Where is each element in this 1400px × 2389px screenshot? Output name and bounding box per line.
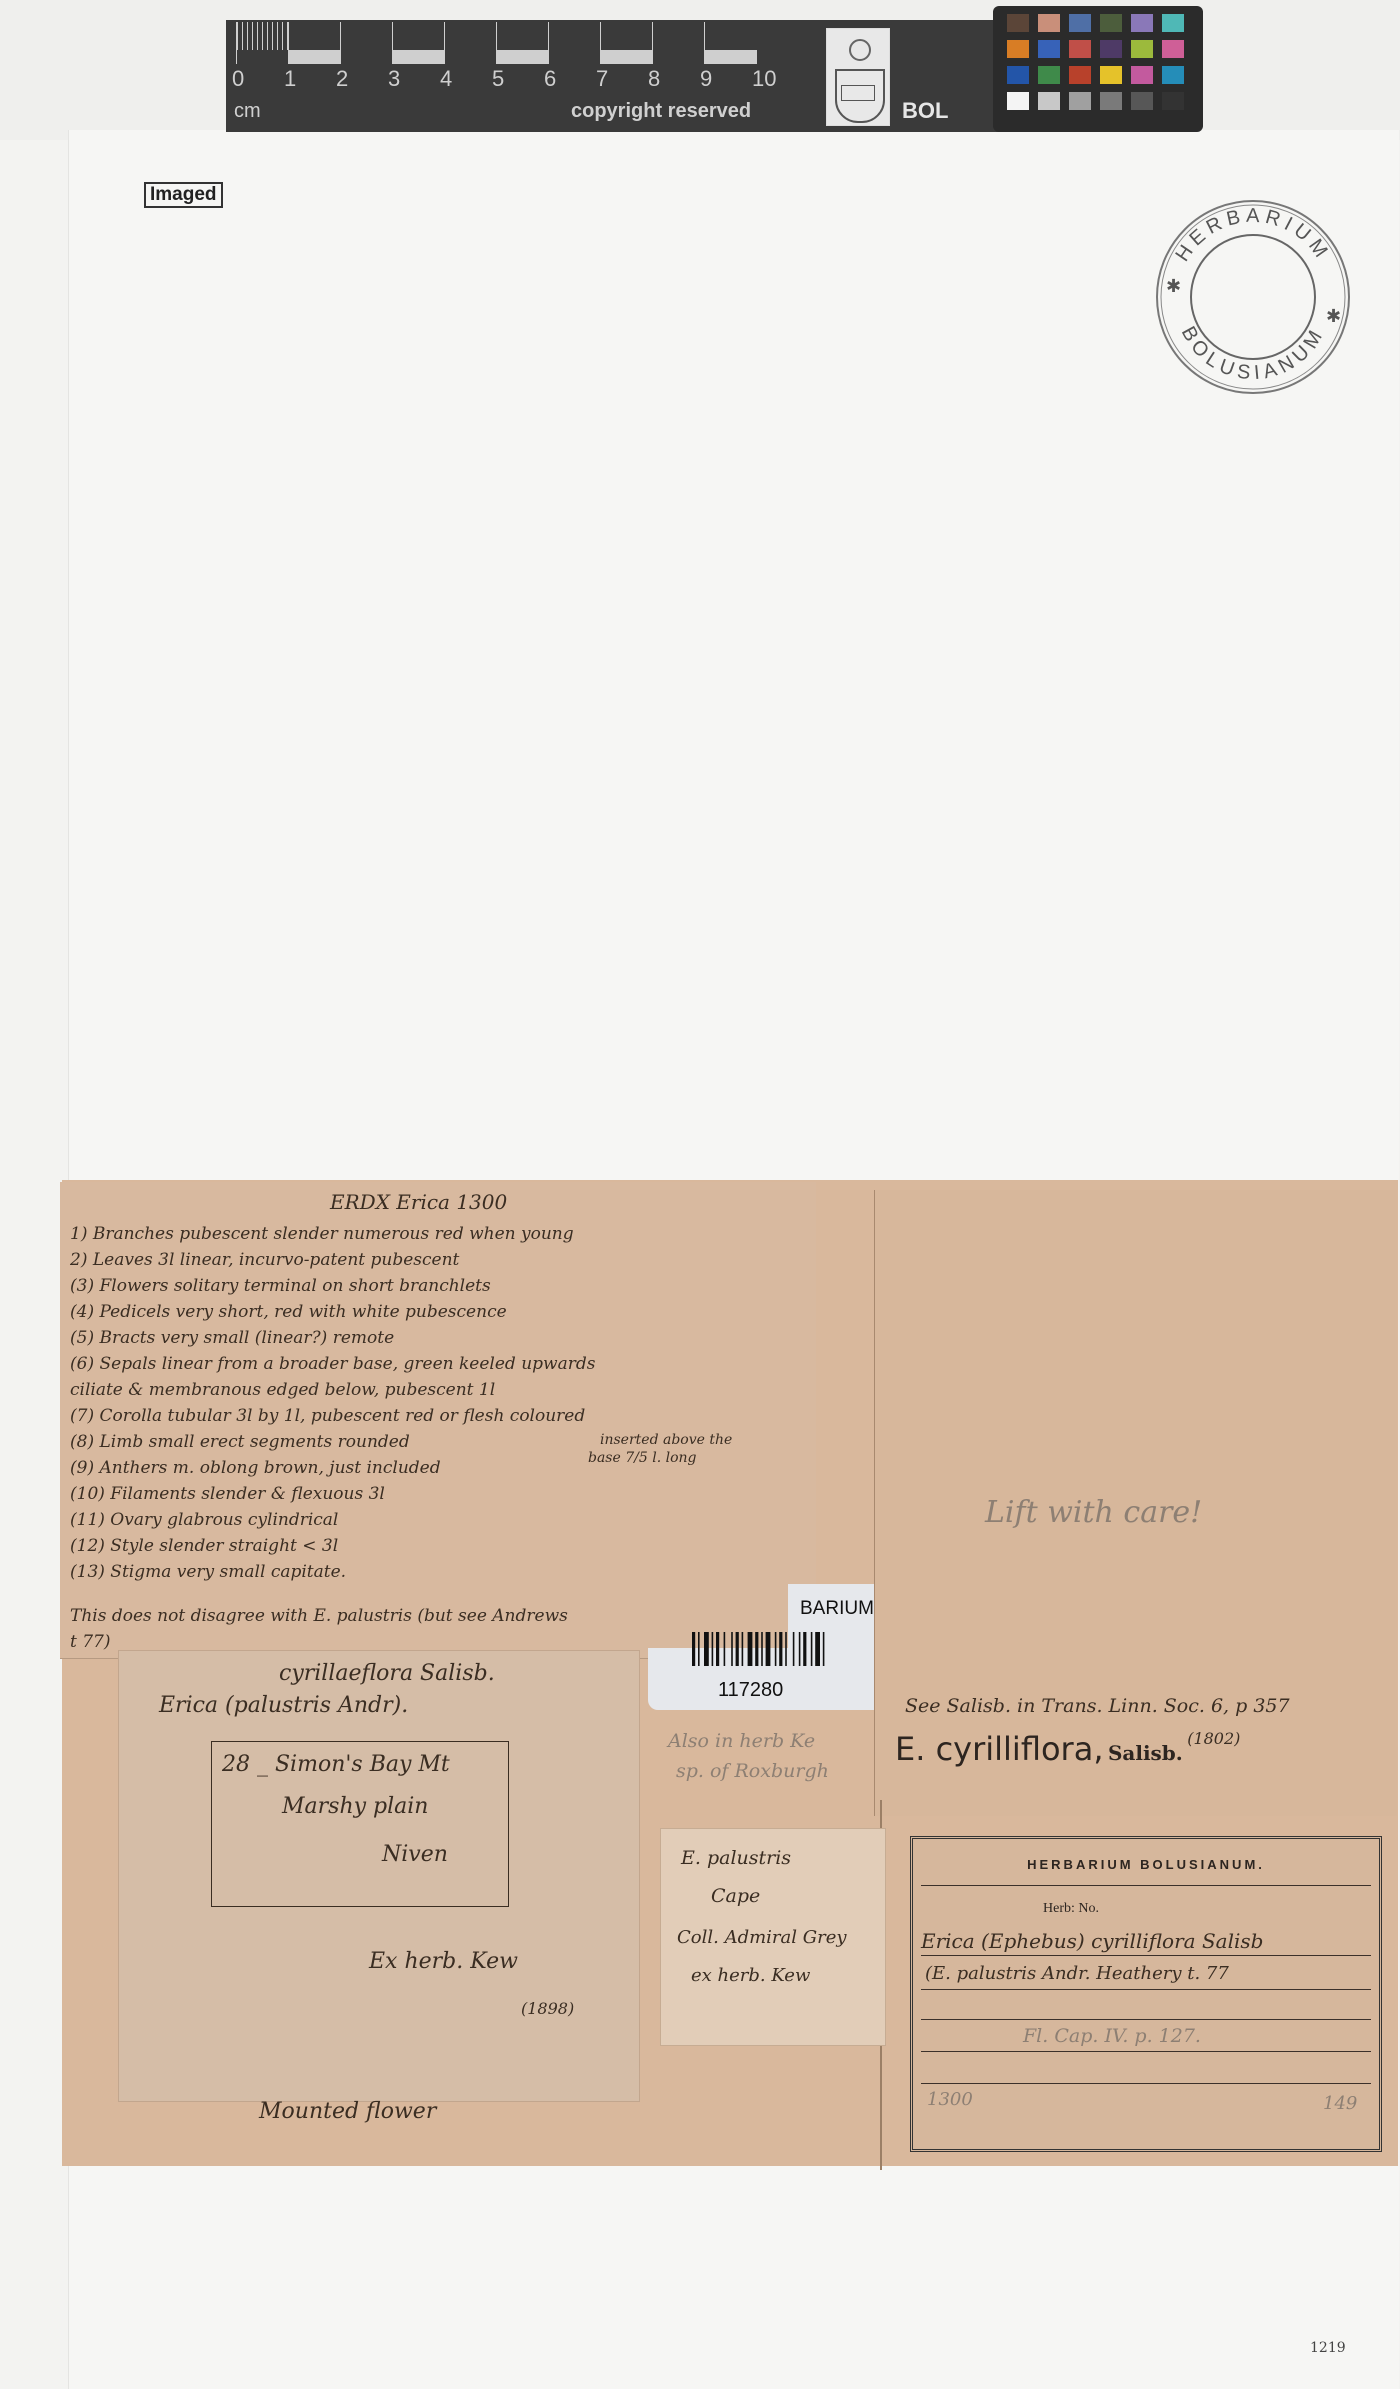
note-line: (6) Sepals linear from a broader base, g… [70,1354,595,1374]
right-envelope-flap[interactable]: Lift with care! See Salisb. in Trans. Li… [874,1190,1397,1816]
copyright-text: copyright reserved [571,100,751,123]
caution-note: Lift with care! [985,1495,1202,1530]
faint-note-2: sp. of Roxburgh [676,1760,829,1782]
scale-unit: cm [234,100,261,123]
scale-ticks: 012345678910 [236,66,776,94]
color-chip [1162,40,1184,58]
barcode-number: 117280 [718,1679,783,1702]
svg-text:✱: ✱ [1326,306,1341,326]
color-chip [1131,14,1153,32]
note-line: 1) Branches pubescent slender numerous r… [70,1224,574,1244]
note-line: (3) Flowers solitary terminal on short b… [70,1276,491,1296]
color-chip [1069,66,1091,84]
species-label: E. cyrilliflora, Salisb. (1802) [895,1730,1240,1768]
side-note-2: base 7/5 l. long [588,1450,696,1466]
side-note-1: inserted above the [600,1432,732,1448]
barcode-partial-word: BARIUM [800,1598,874,1620]
notes-heading: ERDX Erica 1300 [330,1190,507,1214]
color-chip [1131,66,1153,84]
locality-box: 28 _ Simon's Bay Mt Marshy plain Niven [211,1741,509,1907]
color-chip [1038,92,1060,110]
note-line: 2) Leaves 3l linear, incurvo-patent pube… [70,1250,459,1270]
color-chip [1069,92,1091,110]
label-number-right: 149 [1323,2093,1357,2114]
color-chip [1069,40,1091,58]
imaged-stamp: Imaged [144,182,223,208]
herb-number-field: Herb: No. [1043,1901,1099,1917]
barcode-label: BARIUM 117280 [648,1584,874,1710]
scale-ruler: 012345678910 cm copyright reserved BOL [226,20,1006,132]
envelope-footer: Mounted flower [259,2099,436,2124]
university-crest-icon [826,28,890,126]
color-calibration-card [993,6,1203,132]
left-envelope[interactable]: cyrillaeflora Salisb. Erica (palustris A… [118,1650,640,2102]
label-title: HERBARIUM BOLUSIANUM. [913,1857,1379,1872]
note-line: (12) Style slender straight < 3l [70,1536,338,1556]
note-line: (8) Limb small erect segments rounded [70,1432,410,1452]
color-chip [1162,14,1184,32]
color-chip [1100,40,1122,58]
color-chip [1131,92,1153,110]
note-line: (7) Corolla tubular 3l by 1l, pubescent … [70,1406,585,1426]
color-chip [1007,66,1029,84]
herbarium-determination-label: HERBARIUM BOLUSIANUM. Herb: No. Erica (E… [910,1836,1382,2152]
color-chip [1038,40,1060,58]
label-number-left: 1300 [927,2089,973,2110]
note-line: ciliate & membranous edged below, pubesc… [70,1380,495,1400]
label-name: Erica (Ephebus) cyrilliflora Salisb [921,1929,1263,1953]
note-line: t 77) [70,1632,111,1652]
color-chip [1069,14,1091,32]
folio-number: 1219 [1310,2340,1346,2356]
note-line: (5) Bracts very small (linear?) remote [70,1328,394,1348]
faint-note-1: Also in herb Ke [668,1730,815,1752]
color-chip [1100,14,1122,32]
svg-text:BOLUSIANUM: BOLUSIANUM [1177,323,1330,385]
barcode-icon [692,1632,872,1666]
color-chip [1007,92,1029,110]
herbarium-stamp-icon: HERBARIUM BOLUSIANUM ✱ ✱ [1148,192,1358,402]
color-chip [1038,14,1060,32]
svg-text:✱: ✱ [1166,276,1181,296]
note-line: (9) Anthers m. oblong brown, just includ… [70,1458,441,1478]
institution-code: BOL [902,98,948,124]
envelope-title-2: Erica (palustris Andr). [159,1693,408,1718]
color-chip [1100,66,1122,84]
scale-bar-segments [236,22,756,64]
label-reference: Fl. Cap. IV. p. 127. [1023,2025,1201,2047]
color-chip [1007,14,1029,32]
color-chip [1100,92,1122,110]
note-line: (11) Ovary glabrous cylindrical [70,1510,338,1530]
note-line: (10) Filaments slender & flexuous 3l [70,1484,385,1504]
envelope-year: (1898) [521,1999,574,2018]
color-chip [1162,92,1184,110]
color-chip [1162,66,1184,84]
flower-packet[interactable]: E. palustris Cape Coll. Admiral Grey ex … [660,1828,886,2046]
reference-note: See Salisb. in Trans. Linn. Soc. 6, p 35… [905,1695,1290,1717]
note-line: This does not disagree with E. palustris… [70,1606,568,1626]
color-chip [1131,40,1153,58]
color-chip [1007,40,1029,58]
label-synonym: (E. palustris Andr. Heathery t. 77 [925,1963,1229,1984]
note-line: (4) Pedicels very short, red with white … [70,1302,507,1322]
envelope-source: Ex herb. Kew [369,1949,518,1974]
envelope-title-1: cyrillaeflora Salisb. [279,1661,495,1686]
note-line: (13) Stigma very small capitate. [70,1562,346,1582]
color-chip [1038,66,1060,84]
